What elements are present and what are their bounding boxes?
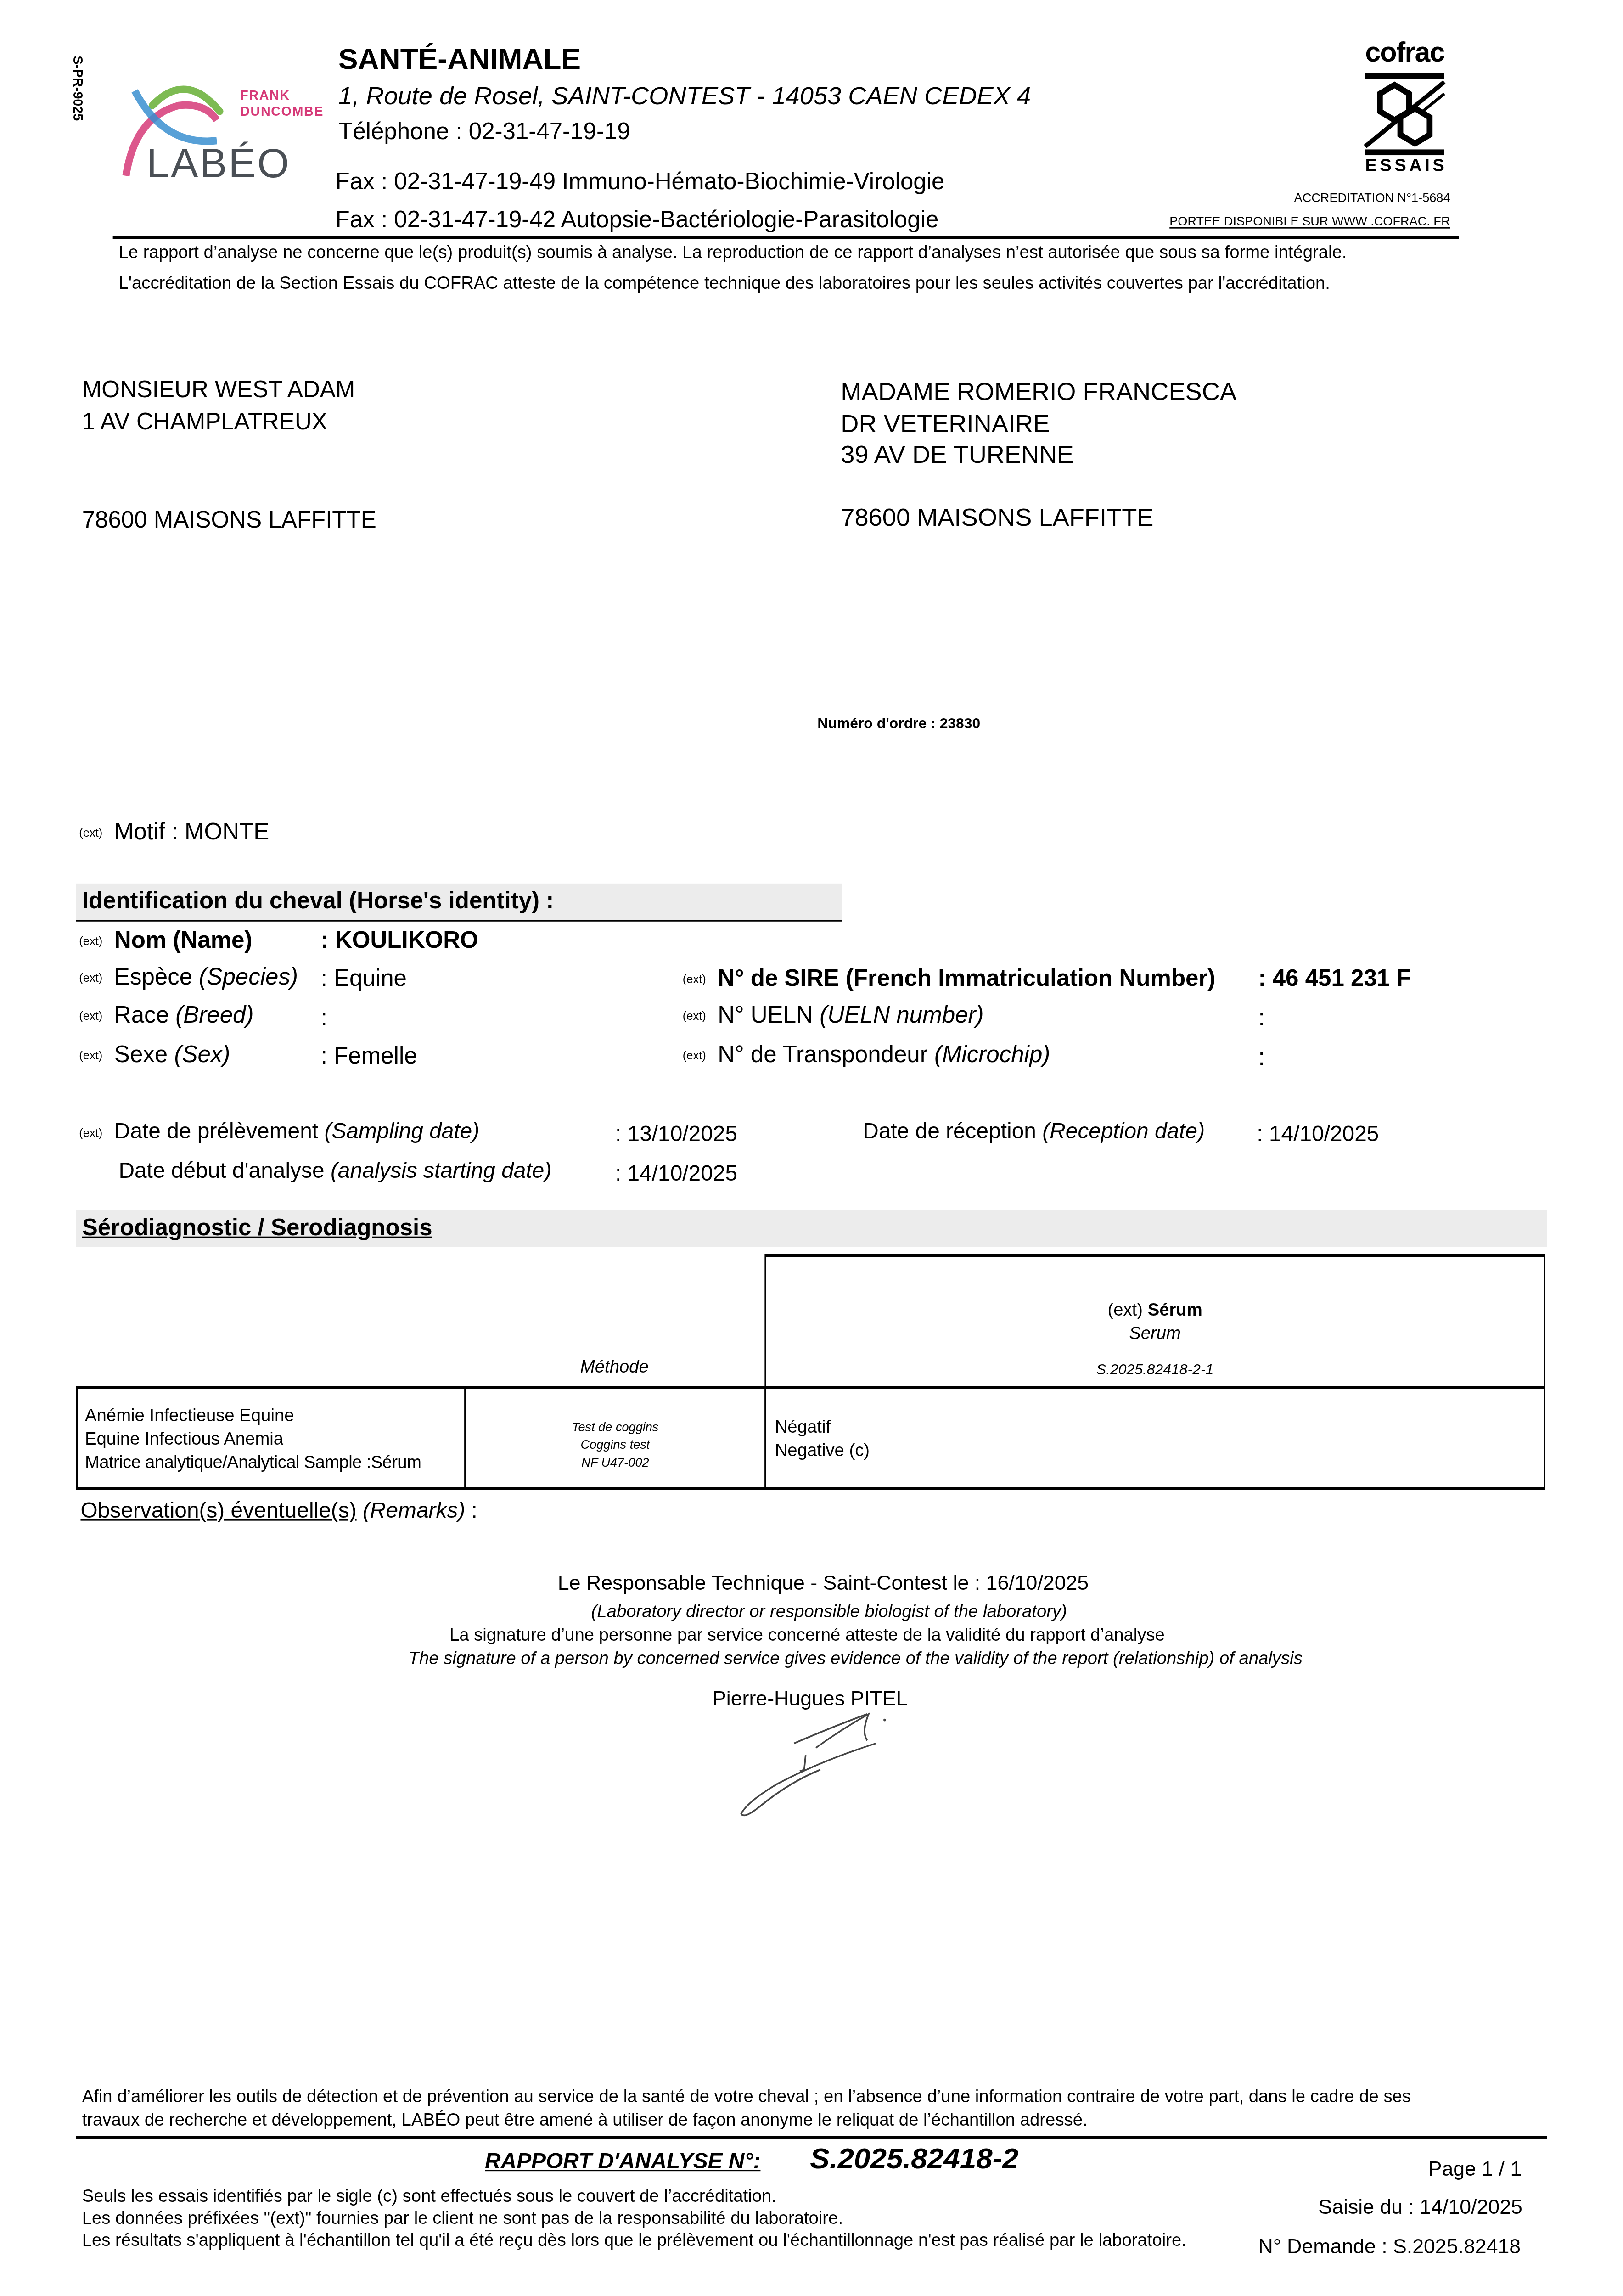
footer-note-3: Les résultats s'appliquent à l'échantill…: [82, 2230, 1186, 2251]
cofrac-hexagon-icon: [1362, 73, 1447, 156]
labeo-logo: FRANK DUNCOMBE LABÉO: [120, 73, 326, 198]
cofrac-essais: ESSAIS: [1365, 155, 1447, 176]
research-note-line-1: Afin d’améliorer les outils de détection…: [82, 2086, 1411, 2107]
cofrac-portee-link[interactable]: PORTEE DISPONIBLE SUR WWW .COFRAC. FR: [1169, 214, 1450, 229]
result-en: Negative (c): [775, 1440, 870, 1461]
owner-street: 1 AV CHAMPLATREUX: [82, 410, 327, 436]
signature-line-1: Le Responsable Technique - Saint-Contest…: [0, 1570, 1623, 1594]
transponder-label: N° de Transpondeur: [718, 1043, 927, 1068]
identity-heading: Identification du cheval (Horse's identi…: [82, 889, 554, 916]
analysis-date-label-en: (analysis starting date): [331, 1159, 551, 1184]
lab-fax-1: Fax : 02-31-47-19-49 Immuno-Hémato-Bioch…: [336, 170, 945, 196]
ext-tag: (ext): [79, 1010, 102, 1023]
research-note-line-2: travaux de recherche et développement, L…: [82, 2110, 1088, 2130]
disclaimer-line-2: L'accréditation de la Section Essais du …: [118, 272, 1330, 293]
ueln-value: :: [1258, 1007, 1265, 1033]
test-name-fr: Anémie Infectieuse Equine: [85, 1405, 294, 1426]
vet-city: 78600 MAISONS LAFFITTE: [841, 504, 1153, 533]
owner-city: 78600 MAISONS LAFFITTE: [82, 508, 376, 535]
sire-label: N° de SIRE (French Immatriculation Numbe…: [718, 967, 1215, 992]
motif-value: Motif : MONTE: [114, 821, 269, 845]
breed-label: Race: [114, 1003, 169, 1028]
report-label: RAPPORT D'ANALYSE N°:: [485, 2149, 760, 2174]
analysis-date-row: Date début d'analyse (analysis starting …: [118, 1159, 551, 1184]
saisie-date: Saisie du : 14/10/2025: [1318, 2195, 1522, 2218]
identity-sire-row: (ext)N° de SIRE (French Immatriculation …: [683, 967, 1216, 993]
result-cell: [764, 1386, 1545, 1490]
remarks-colon: :: [472, 1499, 477, 1524]
page-indicator: Page 1 / 1: [1428, 2156, 1522, 2180]
signature-line-3: La signature d’une personne par service …: [0, 1625, 1614, 1645]
sex-label-en: (Sex): [174, 1043, 230, 1068]
species-label: Espèce: [114, 965, 192, 990]
reception-date-value: : 14/10/2025: [1257, 1122, 1379, 1147]
reception-date-label-en: (Reception date): [1042, 1119, 1205, 1144]
footer-note-1: Seuls les essais identifiés par le sigle…: [82, 2186, 776, 2206]
ext-tag: (ext): [683, 1010, 706, 1023]
lab-address: 1, Route de Rosel, SAINT-CONTEST - 14053…: [338, 82, 1031, 112]
motif-row: (ext)Motif : MONTE: [79, 821, 269, 847]
sire-value: : 46 451 231 F: [1258, 967, 1411, 993]
transponder-label-en: (Microchip): [934, 1043, 1050, 1068]
identity-name-row: (ext)Nom (Name): [79, 929, 252, 955]
vet-name: MADAME ROMERIO FRANCESCA: [841, 378, 1236, 407]
logo-duncombe: DUNCOMBE: [240, 104, 324, 119]
signer-name: Pierre-Hugues PITEL: [0, 1686, 1620, 1710]
identity-transponder-row: (ext)N° de Transpondeur (Microchip): [683, 1043, 1050, 1069]
species-value: : Equine: [321, 967, 407, 993]
method-line-1: Test de coggins: [464, 1419, 766, 1434]
lab-title: SANTÉ-ANIMALE: [338, 44, 581, 78]
sex-value: : Femelle: [321, 1045, 417, 1071]
remarks-label: Observation(s) éventuelle(s): [80, 1499, 356, 1524]
identity-breed-row: (ext)Race (Breed): [79, 1003, 253, 1030]
method-line-3: NF U47-002: [464, 1455, 766, 1469]
sample-id: S.2025.82418-2-1: [764, 1362, 1545, 1379]
serodiagnosis-heading: Sérodiagnostic / Serodiagnosis: [82, 1216, 432, 1242]
result-fr: Négatif: [775, 1417, 831, 1437]
remarks-label-en: (Remarks): [363, 1499, 465, 1524]
reception-date-row: Date de réception (Reception date): [863, 1119, 1205, 1144]
sampling-date-label: Date de prélèvement: [114, 1119, 318, 1144]
ext-tag: (ext): [683, 1049, 706, 1063]
analysis-report-page: S-PR-9025 FRANK DUNCOMBE LABÉO SANTÉ-ANI…: [0, 0, 1623, 2296]
sampling-date-row: (ext)Date de prélèvement (Sampling date): [79, 1119, 479, 1144]
breed-label-en: (Breed): [175, 1003, 253, 1028]
ext-tag: (ext): [79, 1049, 102, 1063]
vet-street: 39 AV DE TURENNE: [841, 441, 1073, 470]
signature-scribble-icon: [732, 1711, 893, 1821]
vet-title: DR VETERINAIRE: [841, 410, 1050, 439]
method-header: Méthode: [464, 1356, 764, 1377]
ext-tag: (ext): [683, 973, 706, 986]
sample-ext-tag: (ext): [1107, 1300, 1143, 1320]
lab-phone: Téléphone : 02-31-47-19-19: [338, 120, 630, 146]
ueln-label: N° UELN: [718, 1003, 813, 1028]
report-number: S.2025.82418-2: [810, 2144, 1018, 2177]
test-matrix: Matrice analytique/Analytical Sample :Sé…: [85, 1452, 421, 1473]
analysis-date-label: Date début d'analyse: [118, 1159, 324, 1184]
sample-header-label: Sérum: [1148, 1300, 1202, 1320]
owner-name: MONSIEUR WEST ADAM: [82, 378, 355, 404]
test-name-en: Equine Infectious Anemia: [85, 1429, 283, 1449]
sampling-date-value: : 13/10/2025: [615, 1122, 737, 1147]
disclaimer-line-1: Le rapport d’analyse ne concerne que le(…: [118, 242, 1347, 262]
footer-divider: [76, 2136, 1547, 2139]
identity-sex-row: (ext)Sexe (Sex): [79, 1043, 230, 1069]
identity-ueln-row: (ext)N° UELN (UELN number): [683, 1003, 984, 1030]
ext-tag: (ext): [79, 827, 102, 840]
ueln-label-en: (UELN number): [820, 1003, 983, 1028]
order-number: Numéro d'ordre : 23830: [817, 716, 980, 732]
demande-number: N° Demande : S.2025.82418: [1258, 2234, 1521, 2257]
logo-frank: FRANK: [240, 88, 290, 102]
method-line-2: Coggins test: [464, 1437, 766, 1452]
signature-line-2: (Laboratory director or responsible biol…: [0, 1601, 1623, 1622]
analysis-date-value: : 14/10/2025: [615, 1162, 737, 1187]
ext-tag: (ext): [79, 972, 102, 985]
reception-date-label: Date de réception: [863, 1119, 1036, 1144]
cofrac-brand: cofrac: [1365, 38, 1444, 70]
header-divider: [113, 236, 1459, 239]
species-label-en: (Species): [199, 965, 298, 990]
logo-labeo: LABÉO: [146, 141, 291, 187]
signature-line-4: The signature of a person by concerned s…: [0, 1648, 1623, 1669]
accreditation-number: ACCREDITATION N°1-5684: [1294, 191, 1450, 205]
remarks-row: Observation(s) éventuelle(s) (Remarks) :: [80, 1499, 477, 1524]
sex-label: Sexe: [114, 1043, 168, 1068]
transponder-value: :: [1258, 1046, 1265, 1072]
sample-header-label-en: Serum: [764, 1323, 1545, 1344]
sample-header-line: (ext) Sérum: [764, 1300, 1545, 1320]
lab-fax-2: Fax : 02-31-47-19-42 Autopsie-Bactériolo…: [336, 208, 939, 234]
sampling-date-label-en: (Sampling date): [324, 1119, 479, 1144]
footer-note-2: Les données préfixées "(ext)" fournies p…: [82, 2208, 843, 2228]
horse-name-label: Nom (Name): [114, 929, 253, 954]
ext-tag: (ext): [79, 935, 102, 948]
breed-value: :: [321, 1007, 327, 1033]
identity-heading-underline: [76, 920, 842, 922]
horse-name-value: : KOULIKORO: [321, 929, 478, 955]
form-code: S-PR-9025: [70, 56, 85, 121]
ext-tag: (ext): [79, 1126, 102, 1139]
identity-species-row: (ext)Espèce (Species): [79, 965, 298, 991]
